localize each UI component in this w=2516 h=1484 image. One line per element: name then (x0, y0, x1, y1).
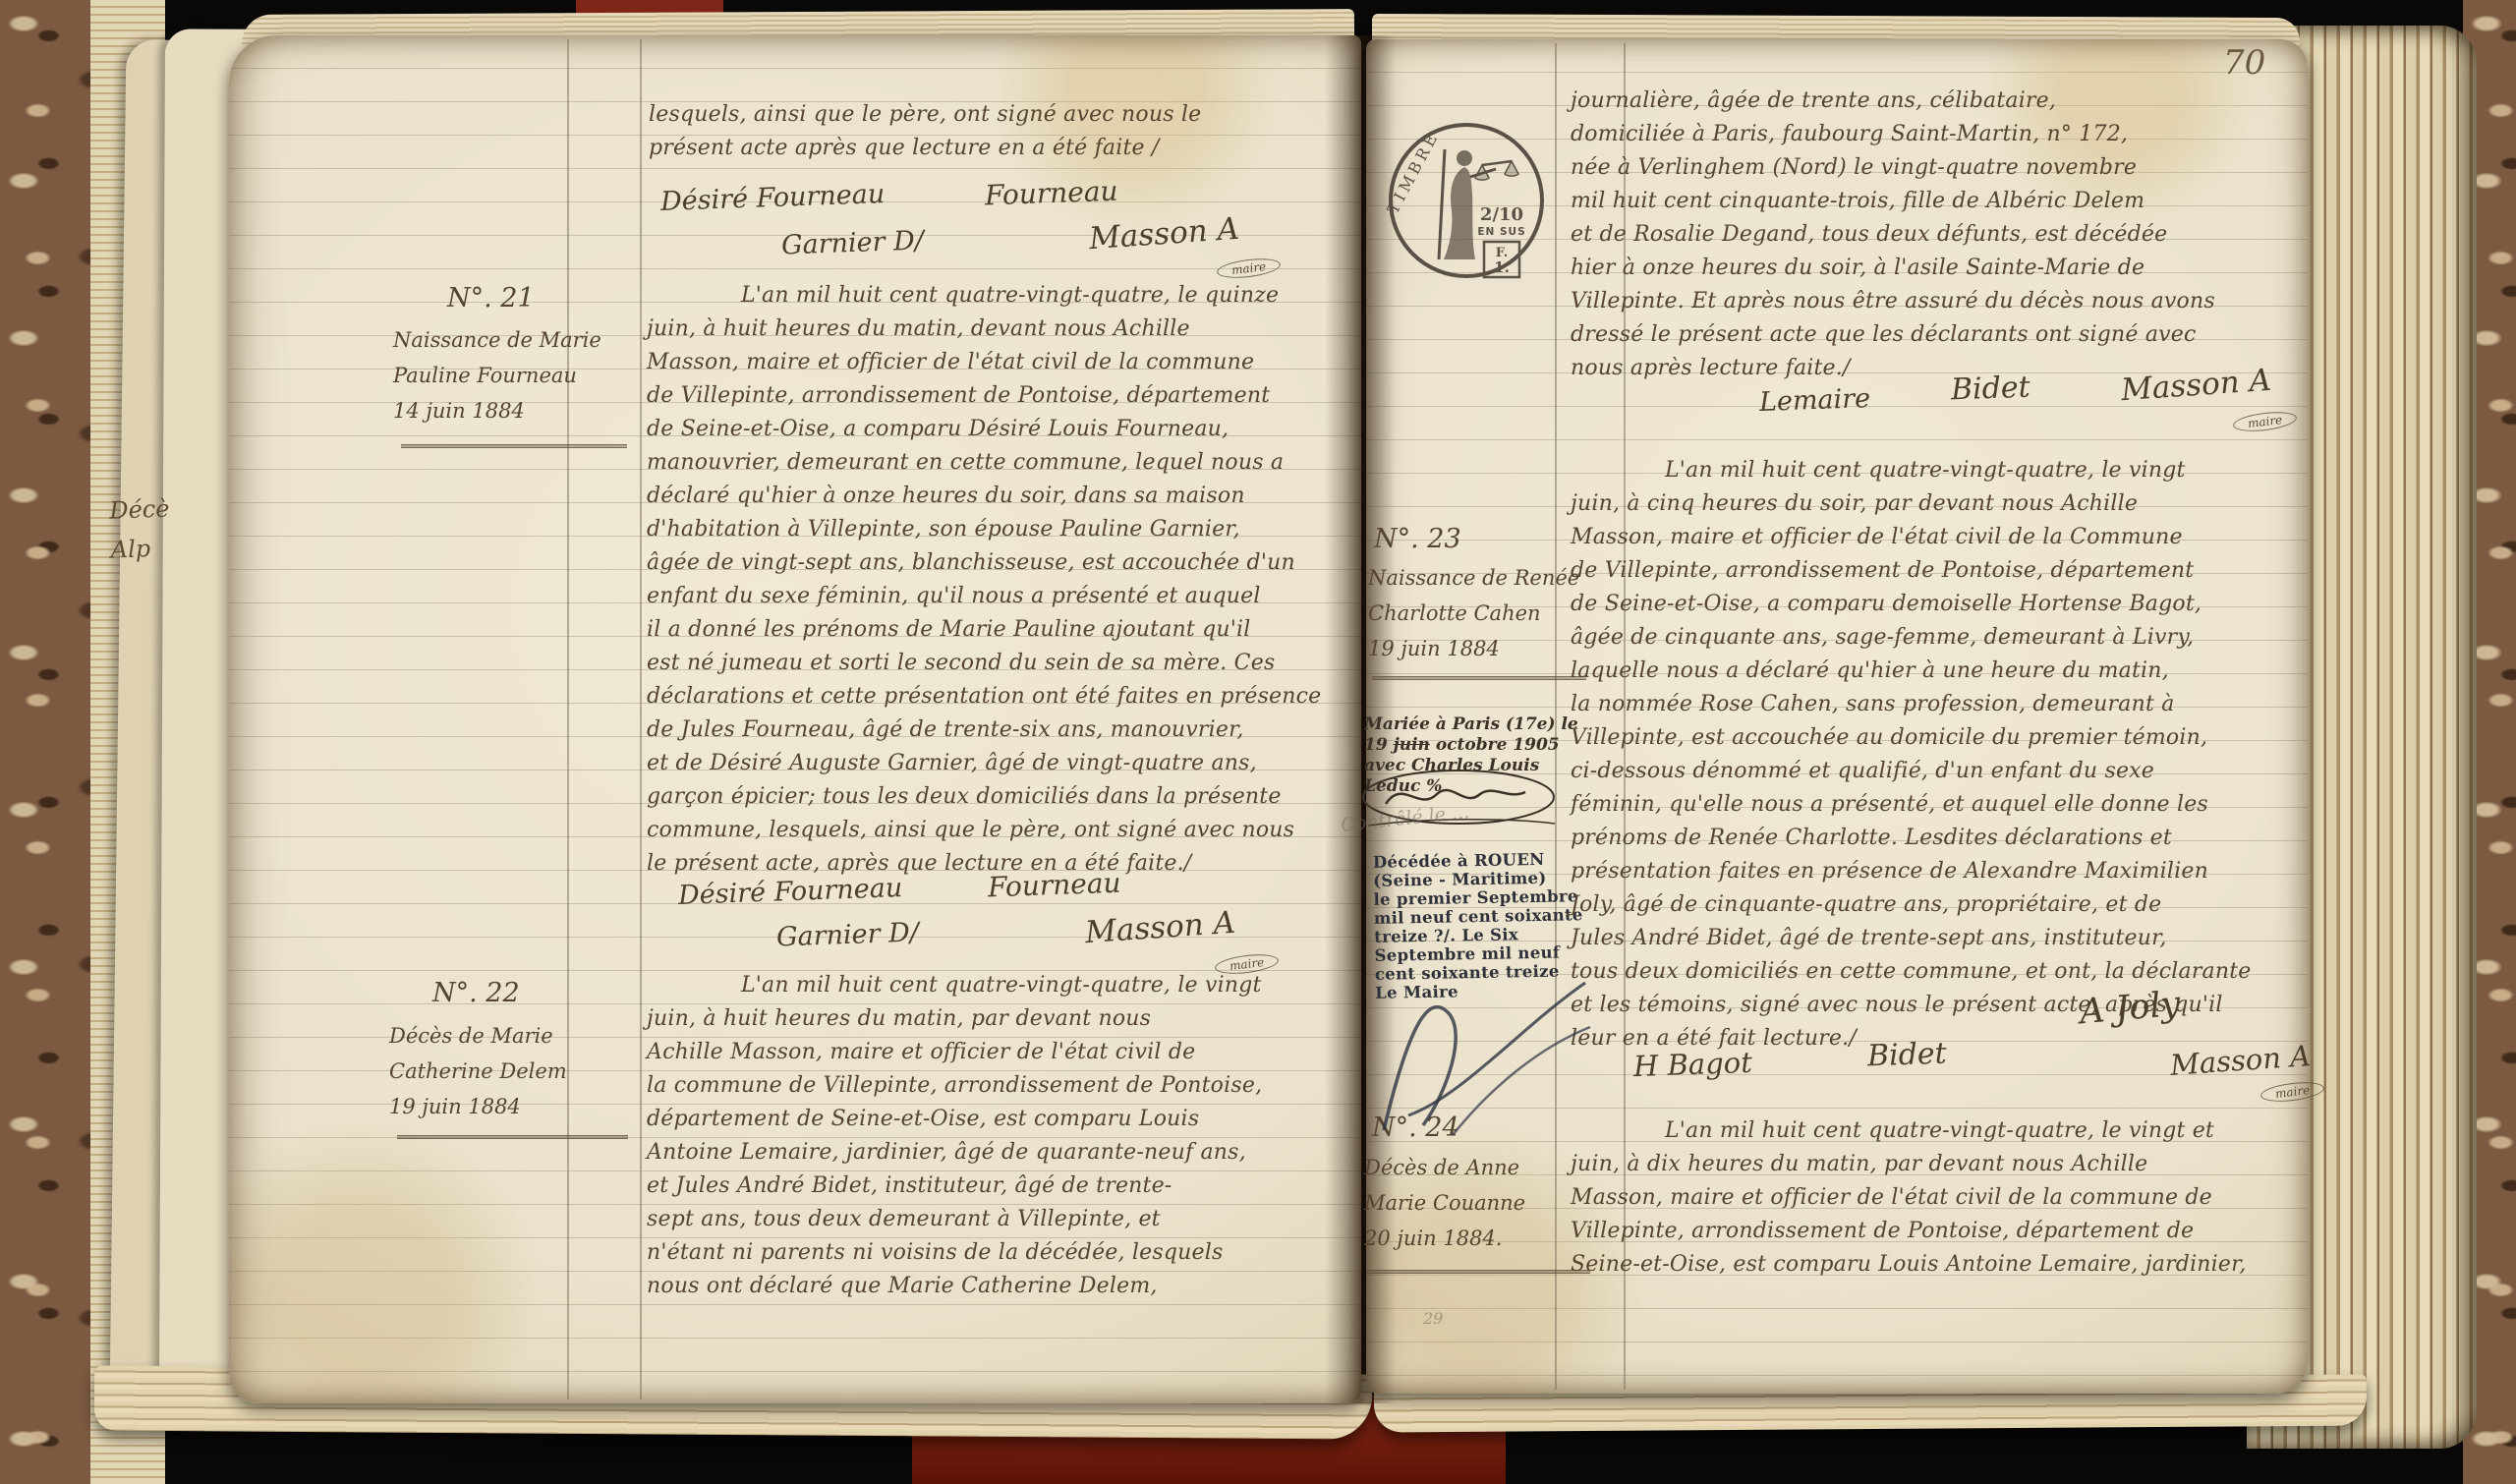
margin-rule-line (567, 39, 569, 1399)
act22-margin-number: N°. 22 (432, 978, 520, 1008)
folio-number: 70 (2223, 43, 2265, 83)
signature-fourneau: Fourneau (987, 867, 1121, 904)
act21-margin-number: N°. 21 (447, 283, 535, 314)
justice-staff (1439, 149, 1445, 259)
margin-divider-rule (397, 1135, 628, 1139)
signature-fourneau: Fourneau (984, 175, 1118, 212)
stamp-rate-suffix: EN SUS (1477, 226, 1525, 238)
signature-garnier: Garnier D/ (781, 225, 925, 260)
act23-margin-note: Naissance de Renée Charlotte Cahen 19 ju… (1368, 560, 1594, 666)
margin-divider-rule (1372, 676, 1586, 680)
margin-divider-rule (1366, 1270, 1590, 1274)
act21-body-text: L'an mil huit cent quatre-vingt-quatre, … (647, 279, 1362, 881)
act23-margin-number: N°. 23 (1374, 524, 1461, 554)
act24-body-text: L'an mil huit cent quatre-vingt-quatre, … (1571, 1114, 2306, 1282)
signature-bidet: Bidet (1950, 371, 2030, 408)
mayor-signature-flourish (1354, 968, 1600, 1145)
stamp-rate: 2/10 (1480, 204, 1523, 225)
timbre-revenue-stamp: TIMBRE 2/10 EN SUS F. 1. (1382, 116, 1551, 285)
signature-lemaire: Lemaire (1758, 383, 1870, 418)
stamp-value-bottom: 1. (1494, 258, 1510, 276)
scales-pan-right (1505, 161, 1518, 176)
act20-closing-text: lesquels, ainsi que le père, ont signé a… (649, 98, 1346, 165)
justice-figure-head (1457, 150, 1472, 166)
margin-rule-line (640, 39, 642, 1399)
underlay-text-fragment: Décè Alp (109, 487, 200, 569)
justice-figure-body (1444, 167, 1475, 259)
act21-margin-note: Naissance de Marie Pauline Fourneau 14 j… (393, 322, 644, 428)
scales-pan-left (1475, 165, 1489, 180)
signature-h-bagot: H Bagot (1632, 1046, 1752, 1083)
marriage-annotation-struck-text: juin (1394, 735, 1430, 755)
act24-margin-note: Décès de Anne Marie Couanne 20 juin 1884… (1364, 1150, 1590, 1256)
act23-body-text: L'an mil huit cent quatre-vingt-quatre, … (1571, 454, 2300, 1056)
register-photo: Décè Alp 70 TIMBRE 2/10 EN SUS F. 1. les… (0, 0, 2516, 1484)
signature-bidet: Bidet (1866, 1037, 1947, 1074)
marbled-cover-left (0, 0, 94, 1484)
margin-divider-rule (401, 444, 627, 448)
act22-continuation-text: journalière, âgée de trente ans, célibat… (1571, 85, 2296, 385)
stamp-label: TIMBRE (1384, 128, 1443, 217)
act22-body-text: L'an mil huit cent quatre-vingt-quatre, … (647, 969, 1362, 1303)
pencil-page-mark: 29 (1423, 1309, 1443, 1328)
scales-beam (1482, 161, 1512, 165)
act22-margin-note: Décès de Marie Catherine Delem 19 juin 1… (389, 1018, 647, 1124)
signature-garnier: Garnier D/ (776, 917, 920, 952)
